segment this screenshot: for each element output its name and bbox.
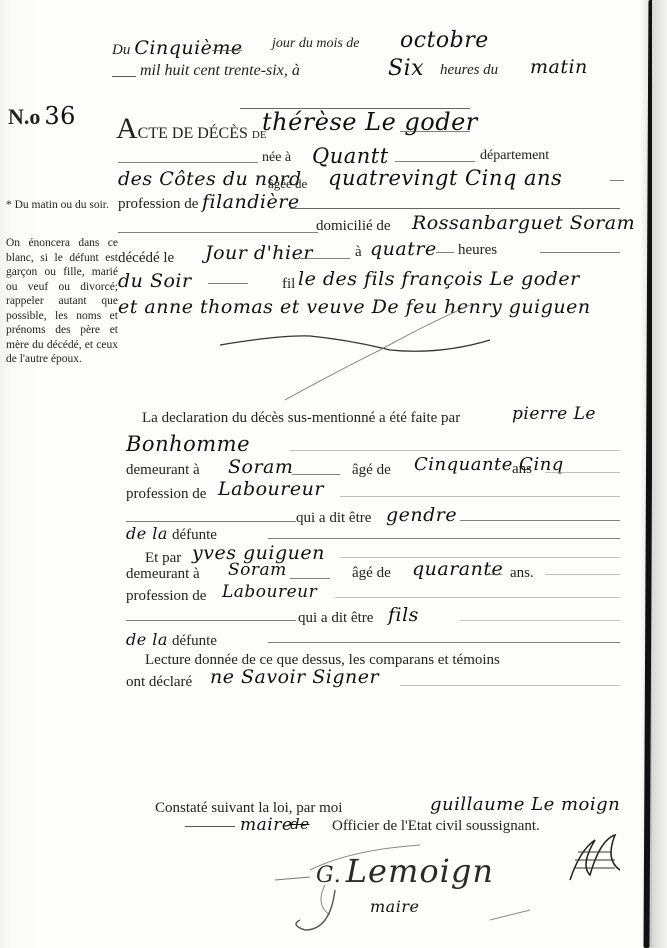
- declarant1-profession-label: profession de: [126, 486, 206, 503]
- record-number-label: N.o: [8, 104, 40, 129]
- rule: [208, 283, 248, 284]
- declarant1-of-target: défunte: [172, 527, 217, 543]
- reading-statement: ne Savoir Signer: [210, 666, 379, 688]
- declarant2-intro: Et par: [145, 550, 181, 567]
- rule: [292, 474, 340, 475]
- declarant2-years-label: ans.: [510, 565, 534, 582]
- declarant2-residence: Soram: [228, 560, 287, 580]
- declarant1-name-part1: pierre Le: [512, 404, 596, 424]
- attestation-officer-name: guillaume Le moign: [430, 794, 620, 815]
- born-label: née à: [262, 150, 291, 166]
- age: quatrevingt Cinq ans: [328, 166, 562, 190]
- rule: [335, 597, 620, 598]
- died-label: décédé le: [118, 250, 174, 267]
- rule: [212, 50, 242, 51]
- hours-label: heures: [458, 242, 497, 259]
- declarant2-age-label: âgé de: [352, 565, 391, 582]
- rule: [300, 258, 350, 259]
- declarant1-age-label: âgé de: [352, 462, 391, 479]
- rule: [340, 496, 620, 497]
- rule: [126, 521, 296, 522]
- declarant2-age: quarante: [412, 558, 503, 580]
- header-year-label: mil huit cent trente-six, à: [140, 62, 300, 80]
- age-label: âgée de: [268, 176, 307, 192]
- declarant2-relation: fils: [388, 604, 419, 626]
- record-number-value: 36: [44, 102, 76, 130]
- rule: [540, 252, 620, 253]
- rule: [118, 232, 318, 233]
- rule: [112, 76, 136, 77]
- header-du: Du: [112, 42, 130, 58]
- died-day: Jour d'hier: [205, 242, 313, 264]
- declarant1-name-part2: Bonhomme: [126, 432, 250, 456]
- domicile: Rossanbarguet Soram: [412, 212, 635, 234]
- rule: [290, 578, 330, 579]
- declarant2-of-target: défunte: [172, 633, 217, 649]
- filiation-line-1: le des fils françois Le goder: [298, 268, 580, 290]
- header-month-label: jour du mois de: [272, 36, 360, 52]
- declarant1-residence: Soram: [228, 456, 293, 478]
- header-hours-label: heures du: [440, 62, 498, 79]
- header-day: Cinquième: [134, 37, 242, 59]
- signature-paraph-icon: [560, 830, 630, 890]
- rule: [290, 208, 620, 209]
- declarant1-relation: gendre: [386, 504, 457, 526]
- record-number: N.o 36: [8, 102, 76, 130]
- profession: filandière: [202, 191, 300, 213]
- rule: [486, 574, 502, 575]
- signature: G. Lemoign: [316, 852, 494, 890]
- rule: [400, 685, 620, 686]
- declarant2-profession: Laboureur: [222, 582, 317, 602]
- rule: [545, 574, 620, 575]
- profession-label: profession de: [118, 196, 198, 213]
- margin-note-instructions: On énoncera dans ce blanc, si le défunt …: [6, 236, 118, 367]
- rule: [545, 472, 620, 473]
- died-hour: quatre: [370, 238, 437, 260]
- rule: [610, 180, 624, 181]
- rule: [395, 161, 475, 162]
- declarant1-of-label: de la: [126, 524, 168, 543]
- declarant2-relation-label: qui a dit être: [298, 610, 373, 627]
- declaration-intro: La declaration du décès sus-mentionné a …: [142, 410, 460, 427]
- signature-title: maire: [370, 897, 419, 916]
- rule: [118, 162, 258, 163]
- header-month: octobre: [400, 28, 489, 53]
- declarant1-of: de la défunte: [126, 524, 217, 544]
- rule: [268, 642, 620, 643]
- rule: [460, 520, 620, 521]
- rule: [268, 538, 620, 539]
- adjacent-page-strip: [652, 0, 667, 948]
- died-period: du Soir: [118, 270, 192, 292]
- header-line-1: Du Cinquième: [112, 37, 243, 59]
- header-hour: Six: [388, 56, 424, 81]
- acte-title-initial: A: [116, 112, 138, 145]
- died-at-label: à: [355, 244, 362, 261]
- rule: [185, 826, 235, 827]
- filiation-label: fil: [282, 276, 295, 293]
- department-label: département: [480, 148, 549, 164]
- declarant2-of: de la défunte: [126, 630, 217, 650]
- declarant2-of-label: de la: [126, 630, 168, 649]
- rule: [400, 131, 470, 132]
- rule: [436, 252, 454, 253]
- declarant2-residing-label: demeurant à: [126, 566, 200, 583]
- cancel-stroke: [210, 300, 630, 410]
- rule: [126, 620, 296, 621]
- rule: [460, 620, 620, 621]
- declarant1-residing-label: demeurant à: [126, 462, 200, 479]
- declarant1-years-label: ans: [512, 461, 532, 478]
- signature-initial: G.: [316, 863, 342, 888]
- rule: [290, 450, 620, 451]
- declarant2-profession-label: profession de: [126, 588, 206, 605]
- signature-surname: Lemoign: [346, 852, 494, 890]
- acte-title-text: CTE DE DÉCÈS de: [138, 125, 267, 142]
- declarant1-profession: Laboureur: [218, 478, 324, 500]
- declarant1-age: Cinquante Cinq: [414, 454, 564, 475]
- acte-title: ACTE DE DÉCÈS de: [116, 112, 267, 146]
- birthplace: Quantt: [312, 144, 389, 168]
- domicile-label: domicilié de: [316, 218, 391, 235]
- margin-note-time: * Du matin ou du soir.: [6, 198, 118, 213]
- reading-label: ont déclaré: [126, 674, 192, 691]
- header-period: matin: [530, 56, 588, 78]
- declarant1-relation-label: qui a dit être: [296, 510, 371, 527]
